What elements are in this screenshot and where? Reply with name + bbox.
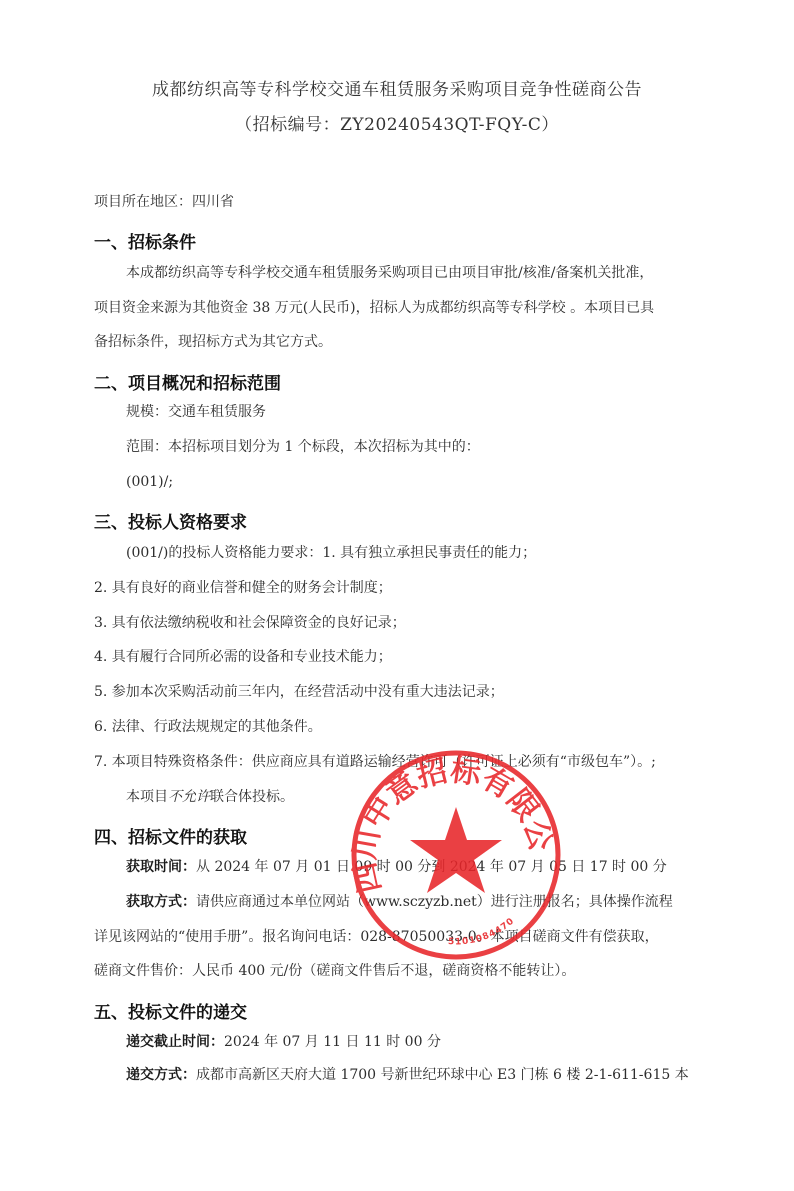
- consortium-line: 本项目不允许联合体投标。: [126, 788, 294, 806]
- deadline-label: 递交截止时间：: [126, 1034, 224, 1050]
- scope-line: 范围：本招标项目划分为 1 个标段，本次招标为其中的：: [126, 438, 480, 456]
- submit-method-label: 递交方式：: [126, 1067, 196, 1083]
- star-icon: [410, 807, 502, 893]
- lot-line: (001)/;: [126, 473, 173, 491]
- qualification-line-7: 7. 本项目特殊资格条件：供应商应具有道路运输经营许可（许可证上必须有“市级包车…: [94, 753, 656, 771]
- scale-line: 规模：交通车租赁服务: [126, 403, 266, 421]
- section-1-line-1: 本成都纺织高等专科学校交通车租赁服务采购项目已由项目审批/核准/备案机关批准，: [126, 264, 653, 282]
- acquire-line-3: 磋商文件售价：人民币 400 元/份（磋商文件售后不退，磋商资格不能转让）。: [94, 962, 575, 980]
- submit-method-line: 递交方式：成都市高新区天府大道 1700 号新世纪环球中心 E3 门栋 6 楼 …: [126, 1066, 689, 1084]
- section-1-line-3: 备招标条件，现招标方式为其它方式。: [94, 333, 332, 351]
- section-heading-5: 五、投标文件的递交: [94, 998, 247, 1023]
- acquire-method-line: 获取方式：请供应商通过本单位网站（www.sczyzb.net）进行注册报名；具…: [126, 893, 673, 911]
- document-title: 成都纺织高等专科学校交通车租赁服务采购项目竞争性磋商公告: [0, 75, 794, 100]
- acquire-method-label: 获取方式：: [126, 894, 196, 910]
- qualification-line-5: 5. 参加本次采购活动前三年内，在经营活动中没有重大违法记录；: [94, 683, 504, 701]
- consortium-italic: 不允许: [168, 789, 210, 805]
- acquire-time-label: 获取时间：: [126, 859, 196, 875]
- acquire-time-line: 获取时间：从 2024 年 07 月 01 日 09 时 00 分到 2024 …: [126, 858, 667, 876]
- qualification-line-3: 3. 具有依法缴纳税收和社会保障资金的良好记录；: [94, 614, 406, 632]
- qualification-line-2: 2. 具有良好的商业信誉和健全的财务会计制度；: [94, 579, 392, 597]
- acquire-method-value: 请供应商通过本单位网站（www.sczyzb.net）进行注册报名；具体操作流程: [196, 894, 673, 910]
- region-value: 四川省: [192, 194, 234, 210]
- consortium-suffix: 联合体投标。: [210, 789, 294, 805]
- region-line: 项目所在地区：四川省: [94, 193, 234, 211]
- section-heading-3: 三、投标人资格要求: [94, 508, 247, 533]
- submit-method-value: 成都市高新区天府大道 1700 号新世纪环球中心 E3 门栋 6 楼 2-1-6…: [196, 1067, 689, 1083]
- section-1-line-2: 项目资金来源为其他资金 38 万元(人民币)，招标人为成都纺织高等专科学校 。本…: [94, 299, 654, 317]
- qualification-line-4: 4. 具有履行合同所必需的设备和专业技术能力；: [94, 648, 392, 666]
- deadline-value: 2024 年 07 月 11 日 11 时 00 分: [224, 1034, 441, 1050]
- region-label: 项目所在地区：: [94, 194, 192, 210]
- section-heading-1: 一、招标条件: [94, 228, 196, 253]
- qualification-line-6: 6. 法律、行政法规规定的其他条件。: [94, 718, 322, 736]
- document-page: 成都纺织高等专科学校交通车租赁服务采购项目竞争性磋商公告 （招标编号：ZY202…: [0, 0, 794, 1191]
- qualification-line-1: (001/)的投标人资格能力要求：1. 具有独立承担民事责任的能力；: [126, 544, 536, 562]
- acquire-time-value: 从 2024 年 07 月 01 日 09 时 00 分到 2024 年 07 …: [196, 859, 667, 875]
- acquire-line-2: 详见该网站的“使用手册”。报名询问电话：028-87050033-0。本项目磋商…: [94, 928, 659, 946]
- tender-number: （招标编号：ZY20240543QT-FQY-C）: [0, 110, 794, 135]
- section-heading-2: 二、项目概况和招标范围: [94, 369, 281, 394]
- consortium-prefix: 本项目: [126, 789, 168, 805]
- deadline-line: 递交截止时间：2024 年 07 月 11 日 11 时 00 分: [126, 1033, 441, 1051]
- section-heading-4: 四、招标文件的获取: [94, 823, 247, 848]
